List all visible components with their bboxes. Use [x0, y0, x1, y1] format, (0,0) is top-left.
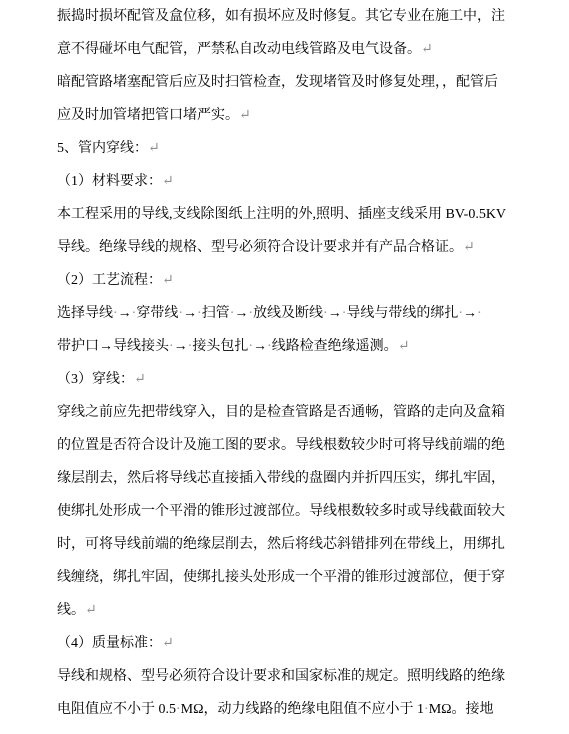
heading-line: （1）材料要求：↵ [57, 165, 565, 198]
text-line: 缘层削去，然后将导线芯直接插入带线的盘圈内并折四压实，绑扎牢固， [57, 462, 565, 495]
space-mark: · [176, 702, 181, 717]
space-mark: · [113, 306, 118, 321]
paragraph-mark: ↵ [463, 240, 475, 255]
paragraph-mark: ↵ [162, 174, 174, 189]
space-mark: · [267, 339, 272, 354]
space-mark: · [458, 306, 463, 321]
heading-line: （4）质量标准：↵ [57, 627, 565, 660]
space-mark: · [424, 702, 429, 717]
text-line: 本工程采用的导线,支线除图纸上注明的外,照明、插座支线采用 BV-0.5KV [57, 198, 565, 231]
text-line: 穿线之前应先把带线穿入，目的是检查管路是否通畅，管路的走向及盒箱 [57, 396, 565, 429]
text-line: 电阻值应不小于 0.5·MΩ，动力线路的绝缘电阻值不应小于 1·MΩ。接地 [57, 693, 565, 726]
space-mark: · [477, 306, 482, 321]
text-line: 振捣时损坏配管及盒位移，如有损坏应及时修复。其它专业在施工中，注 [57, 0, 565, 33]
paragraph-mark: ↵ [239, 108, 251, 123]
space-mark: · [132, 306, 137, 321]
space-mark: · [230, 306, 235, 321]
space-mark: · [188, 339, 193, 354]
text-line: 时，可将导线前端的绝缘层削去，然后将线芯斜错排列在带线上，用绑扎 [57, 528, 565, 561]
paragraph-mark: ↵ [148, 141, 160, 156]
text-line: 暗配管路堵塞配管后应及时扫管检查，发现堵管及时修复处理，，配管后 [57, 66, 565, 99]
text-line: 使绑扎处形成一个平滑的锥形过渡部位。导线根数较多时或导线截面较大 [57, 495, 565, 528]
text-line: 的位置是否符合设计及施工图的要求。导线根数较少时可将导线前端的绝 [57, 429, 565, 462]
space-mark: · [342, 306, 347, 321]
text-line: 线。↵ [57, 594, 565, 627]
flow-chart-line: 带护口→导线接头·→·接头包扎·→·线路检查绝缘遥测。↵ [57, 330, 565, 363]
paragraph-mark: ↵ [421, 42, 433, 57]
paragraph-mark: ↵ [162, 273, 174, 288]
space-mark: · [323, 306, 328, 321]
paragraph-mark: ↵ [134, 372, 146, 387]
text-line: 导线和规格、型号必须符合设计要求和国家标准的规定。照明线路的绝缘 [57, 660, 565, 693]
space-mark: · [248, 306, 253, 321]
space-mark: · [197, 306, 202, 321]
heading-line: （2）工艺流程：↵ [57, 264, 565, 297]
paragraph-mark: ↵ [398, 339, 410, 354]
heading-line: 5、管内穿线：↵ [57, 132, 565, 165]
text-line: 线缠绕，绑扎牢固，使绑扎接头处形成一个平滑的锥形过渡部位，便于穿 [57, 561, 565, 594]
document-page[interactable]: 振捣时损坏配管及盒位移，如有损坏应及时修复。其它专业在施工中，注 意不得碰坏电气… [0, 0, 569, 734]
text-line: 导线。绝缘导线的规格、型号必须符合设计要求并有产品合格证。↵ [57, 231, 565, 264]
text-line: 意不得碰坏电气配管，严禁私自改动电线管路及电气设备。↵ [57, 33, 565, 66]
space-mark: · [169, 339, 174, 354]
paragraph-mark: ↵ [162, 636, 174, 651]
space-mark: · [178, 306, 183, 321]
paragraph-mark: ↵ [85, 603, 97, 618]
heading-line: （3）穿线：↵ [57, 363, 565, 396]
text-line: 应及时加管堵把管口堵严实。↵ [57, 99, 565, 132]
space-mark: · [248, 339, 253, 354]
flow-chart-line: 选择导线·→·穿带线·→·扫管·→·放线及断线·→·导线与带线的绑扎·→· [57, 297, 565, 330]
